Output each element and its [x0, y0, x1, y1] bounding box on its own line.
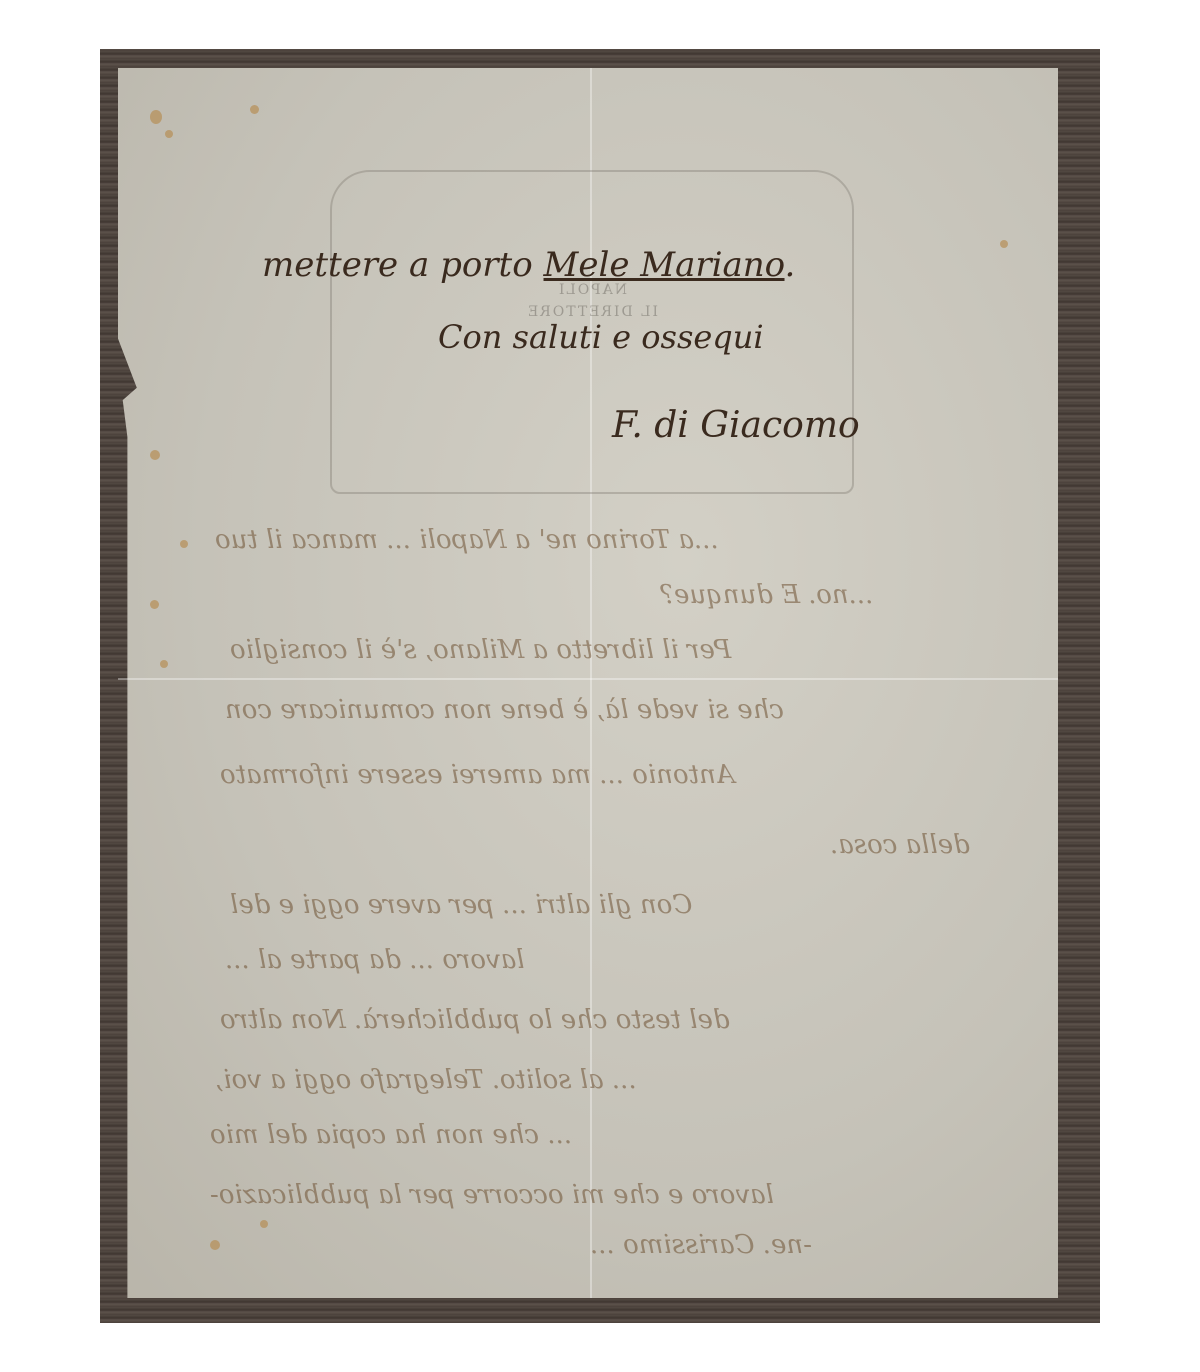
handwritten-closing: Con saluti e ossequi — [438, 318, 764, 356]
bleed-line: Con gli altri ... per avere oggi e del — [230, 890, 692, 920]
stain — [180, 540, 188, 548]
bleed-line: Antonio ... ma amerei essere informato — [220, 760, 735, 790]
bleed-line: della cosa. — [830, 830, 970, 860]
stain — [165, 130, 173, 138]
stain — [1000, 240, 1008, 248]
line1-prefix: mettere a porto — [262, 245, 533, 285]
line1-underlined-name: Mele Mariano — [544, 245, 785, 285]
bleed-line: lavoro e che mi occorre per la pubblicaz… — [210, 1180, 774, 1210]
line1-suffix: . — [785, 245, 796, 285]
stain — [150, 110, 162, 124]
bleed-line: -ne. Carissimo ... — [590, 1230, 812, 1260]
bleed-line: del testo che lo pubblicherà. Non altro — [220, 1005, 730, 1035]
stain — [260, 1220, 268, 1228]
stain — [160, 660, 168, 668]
handwritten-line-1: mettere a porto Mele Mariano. — [262, 245, 795, 285]
stain — [150, 600, 159, 609]
stain — [150, 450, 160, 460]
stain — [250, 105, 259, 114]
bleed-line: ... al solito. Telegrafo oggi a voi, — [215, 1065, 637, 1095]
bleed-line: che si vede là, è bene non comunicare co… — [225, 695, 784, 725]
fold-line-horizontal — [118, 678, 1058, 680]
bleed-line: lavoro ... da parte al ... — [225, 945, 525, 975]
bleed-line: ...no. E dunque? — [660, 580, 873, 610]
bleed-line: ...a Torino ne' a Napoli ... manca il tu… — [215, 525, 719, 555]
bleed-line: ... che non ha copia del mio — [210, 1120, 572, 1150]
stain — [210, 1240, 220, 1250]
bleed-line: Per il libretto a Milano, s'è il consigl… — [230, 635, 731, 665]
signature: F. di Giacomo — [612, 405, 860, 446]
